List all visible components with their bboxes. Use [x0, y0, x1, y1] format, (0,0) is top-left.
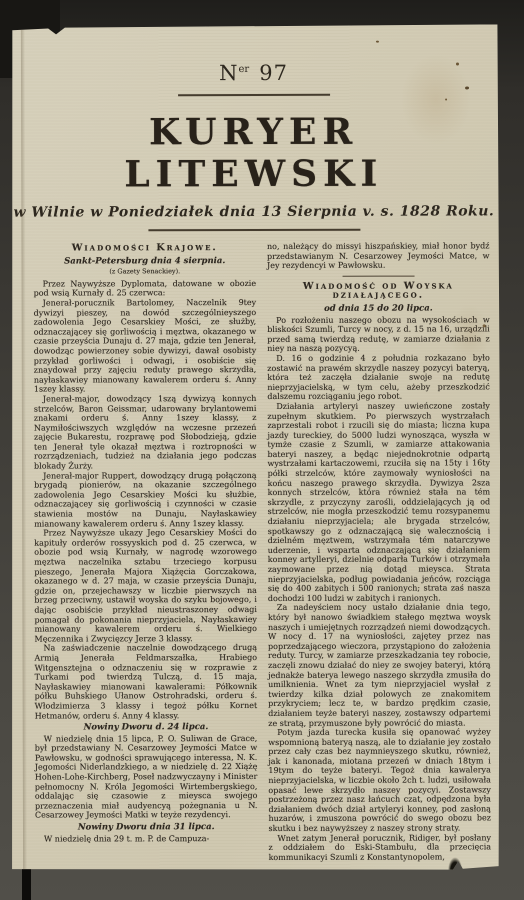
court-news-heading: Nowiny Dworu dnia 31 lipca.	[35, 823, 258, 833]
article-columns: Wiadomości Krajowe. Sankt-Petersburg dni…	[8, 230, 501, 863]
screenshot-root: { "masthead": { "issue_prefix": "N", "is…	[0, 0, 524, 900]
section-heading-domestic-news: Wiadomości Krajowe.	[33, 243, 256, 253]
article-paragraph: Wnet zatym Jenerał porucznik, Ridiger, b…	[269, 833, 492, 862]
source-note: (z Gazety Senackiey).	[34, 267, 257, 277]
article-paragraph: Na zaświadczenie naczelnie dowodzącego d…	[35, 643, 258, 720]
court-news-heading: Nowiny Dworu d. 24 lipca.	[35, 723, 258, 733]
article-paragraph: W niedzielę dnia 29 t. m. P. de Campuza-	[35, 834, 258, 844]
masthead-dateline: w Wilnie w Poniedziałek dnia 13 Sierpnia…	[8, 203, 499, 220]
section-heading-army-news: Wiadomość od Woyska działającego.	[267, 281, 490, 301]
article-dateline-heading: Sankt-Petersburg dnia 4 sierpnia.	[33, 257, 256, 267]
article-paragraph: Jenerał-porucznik Bartolomey, Naczelnik …	[34, 298, 257, 395]
article-paragraph: Jenerał-major Ruppert, dowodzący drugą p…	[34, 471, 257, 529]
article-paragraph: Potym jazda turecka kusiła się opanować …	[268, 727, 491, 833]
article-paragraph: D. 16 o godzinie 4 z południa rozkazano …	[267, 353, 490, 402]
article-paragraph: Działania artyleryi naszey uwieńczone zo…	[267, 401, 490, 603]
newspaper-title: KURYER LITEWSKI	[8, 110, 499, 195]
masthead-rule	[178, 94, 330, 96]
newspaper-page: Ner97 KURYER LITEWSKI w Wilnie w Poniedz…	[8, 24, 501, 871]
article-paragraph: W niedzielę dnia 15 lipca, P. O. Suliwan…	[35, 734, 258, 821]
masthead: Ner97 KURYER LITEWSKI w Wilnie w Poniedz…	[8, 24, 500, 231]
issue-superscript: er	[238, 64, 249, 75]
photo-background: Ner97 KURYER LITEWSKI w Wilnie w Poniedz…	[0, 0, 524, 900]
article-paragraph: Po rozłożeniu naszego obozu na wysokości…	[267, 315, 490, 354]
right-column: no, należący do missyi hiszpańskiey, mia…	[267, 241, 491, 862]
paper-edge-shadow	[22, 866, 31, 900]
section-subheading: od dnia 15 do 20 lipca.	[267, 304, 490, 314]
issue-number: Ner97	[8, 60, 499, 85]
section-divider-rule	[342, 275, 414, 276]
issue-prefix: N	[219, 61, 238, 85]
left-column: Wiadomości Krajowe. Sankt-Petersburg dni…	[33, 242, 257, 863]
article-paragraph: Przez Naywyższe Dyplomata, datowane w ob…	[34, 279, 257, 299]
article-paragraph: Za nadeyściem nocy ustało działanie dnia…	[268, 603, 491, 728]
article-paragraph-continuation: no, należący do missyi hiszpańskiey, mia…	[267, 241, 490, 270]
article-paragraph: Jenerał-major, dowodzący 1szą dywizyą ko…	[34, 394, 257, 471]
issue-value: 97	[259, 61, 288, 85]
article-paragraph: Przez Naywyższe ukazy Jego Cesarskiey Mo…	[34, 528, 257, 644]
